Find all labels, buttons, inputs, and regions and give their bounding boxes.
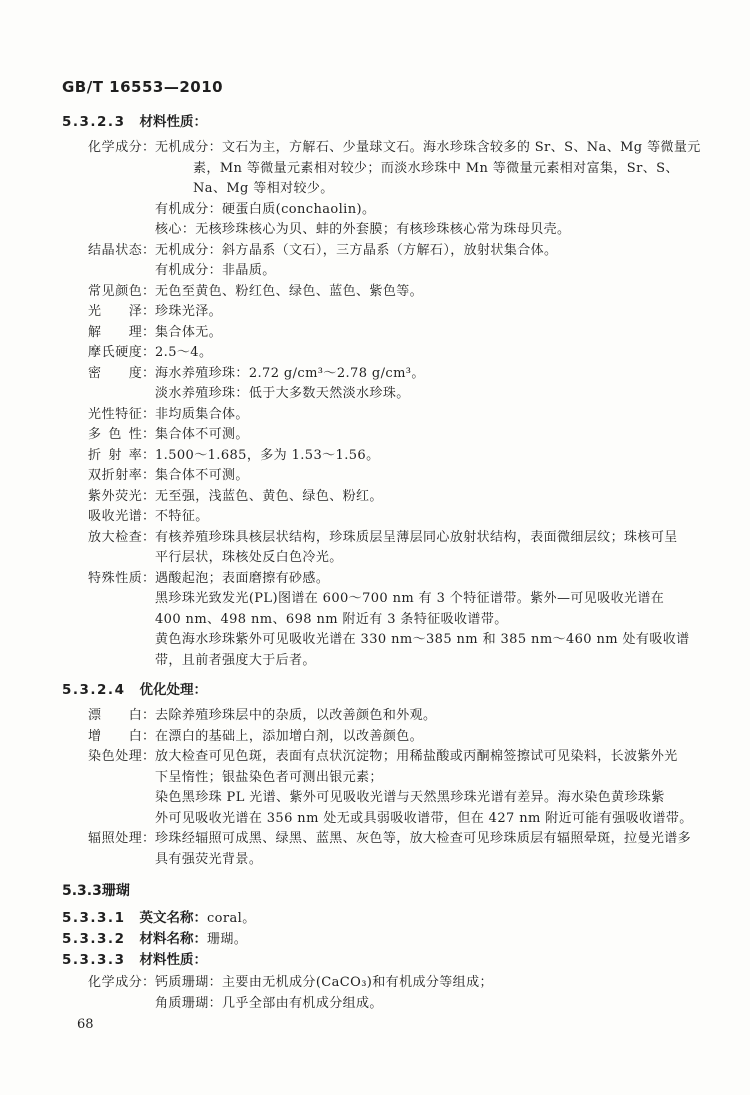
clause-number: 5.3.3.3 <box>62 952 125 968</box>
page-number: 68 <box>77 1015 694 1035</box>
property-colon: ： <box>142 466 155 487</box>
property-lines: 珍珠光泽。 <box>155 302 694 323</box>
clause-title: 优化处理： <box>139 682 207 698</box>
property-colon: ： <box>142 241 155 262</box>
clause-title: 英文名称： <box>139 910 207 926</box>
property-line: 放大检查可见色斑，表面有点状沉淀物；用稀盐酸或丙酮棉签擦试可见染料，长波紫外光 <box>155 747 694 768</box>
property-line: 淡水养殖珍珠：低于大多数天然淡水珍珠。 <box>155 384 694 405</box>
property-lines: 1.500～1.685，多为 1.53～1.56。 <box>155 446 694 467</box>
property-lines: 无至强，浅蓝色、黄色、绿色、粉红。 <box>155 487 694 508</box>
property-label: 折射率 <box>88 446 142 467</box>
property-colon: ： <box>142 364 155 385</box>
property-lines: 无色至黄色、粉红色、绿色、蓝色、紫色等。 <box>155 282 694 303</box>
property-label: 特殊性质 <box>88 569 142 590</box>
property-colon: ： <box>142 829 155 850</box>
clause-inline-text: coral。 <box>207 911 256 926</box>
clause-heading-5-3-2-4: 5.3.2.4优化处理： <box>62 680 694 701</box>
property-line: 去除养殖珍珠层中的杂质，以改善颜色和外观。 <box>155 706 694 727</box>
property-label: 化学成分 <box>88 973 142 994</box>
property-colon: ： <box>142 302 155 323</box>
property-row: 辐照处理：珍珠经辐照可成黑、绿黑、蓝黑、灰色等，放大检查可见珍珠质层有辐照晕斑，… <box>88 829 694 870</box>
clause-number: 5.3.3.2 <box>62 931 125 947</box>
property-label: 结晶状态 <box>88 241 142 262</box>
property-line: 角质珊瑚：几乎全部由有机成分组成。 <box>155 994 694 1015</box>
property-row: 多色性：集合体不可测。 <box>88 425 694 446</box>
property-lines: 不特征。 <box>155 507 694 528</box>
clause-number: 5.3.3.1 <box>62 910 125 926</box>
property-row: 双折射率：集合体不可测。 <box>88 466 694 487</box>
clause-heading-5-3-3-3: 5.3.3.3材料性质： <box>62 950 694 971</box>
property-colon: ： <box>142 487 155 508</box>
property-lines: 集合体不可测。 <box>155 425 694 446</box>
property-lines: 在漂白的基础上，添加增白剂，以改善颜色。 <box>155 727 694 748</box>
property-label: 多色性 <box>88 425 142 446</box>
property-line: 集合体无。 <box>155 323 694 344</box>
clause-heading-5-3-2-3: 5.3.2.3材料性质： <box>62 112 694 133</box>
property-colon: ： <box>142 569 155 590</box>
property-label: 摩氏硬度 <box>88 343 142 364</box>
property-line: 有机成分：硬蛋白质(conchaolin)。 <box>155 200 694 221</box>
property-colon: ： <box>142 343 155 364</box>
property-row: 漂白：去除养殖珍珠层中的杂质，以改善颜色和外观。 <box>88 706 694 727</box>
clause-title: 材料性质： <box>139 114 207 130</box>
property-colon: ： <box>142 282 155 303</box>
section-title: 珊瑚 <box>102 883 130 899</box>
property-row: 化学成分：钙质珊瑚：主要由无机成分(CaCO₃)和有机成分等组成；角质珊瑚：几乎… <box>88 973 694 1014</box>
property-line: 钙质珊瑚：主要由无机成分(CaCO₃)和有机成分等组成； <box>155 973 694 994</box>
property-label: 化学成分 <box>88 138 142 159</box>
clause-body-5-3-2-3: 化学成分：无机成分：文石为主，方解石、少量球文石。海水珍珠含较多的 Sr、S、N… <box>88 138 694 671</box>
property-colon: ： <box>142 405 155 426</box>
property-lines: 有核养殖珍珠具核层状结构，珍珠质层呈薄层同心放射状结构，表面微细层纹；珠核可呈平… <box>155 528 694 569</box>
property-label: 增白 <box>88 727 142 748</box>
property-lines: 珍珠经辐照可成黑、绿黑、蓝黑、灰色等，放大检查可见珍珠质层有辐照晕斑，拉曼光谱多… <box>155 829 694 870</box>
property-line: 无机成分：文石为主，方解石、少量球文石。海水珍珠含较多的 Sr、S、Na、Mg … <box>155 138 694 159</box>
property-colon: ： <box>142 446 155 467</box>
property-row: 摩氏硬度：2.5～4。 <box>88 343 694 364</box>
property-label: 解理 <box>88 323 142 344</box>
property-line: 染色黑珍珠 PL 光谱、紫外可见吸收光谱与天然黑珍珠光谱有差异。海水染色黄珍珠紫 <box>155 788 694 809</box>
property-row: 光泽：珍珠光泽。 <box>88 302 694 323</box>
clause-body-5-3-3-3: 化学成分：钙质珊瑚：主要由无机成分(CaCO₃)和有机成分等组成；角质珊瑚：几乎… <box>88 973 694 1014</box>
property-colon: ： <box>142 425 155 446</box>
property-lines: 2.5～4。 <box>155 343 694 364</box>
property-lines: 钙质珊瑚：主要由无机成分(CaCO₃)和有机成分等组成；角质珊瑚：几乎全部由有机… <box>155 973 694 1014</box>
property-row: 解理：集合体无。 <box>88 323 694 344</box>
property-lines: 海水养殖珍珠：2.72 g/cm³～2.78 g/cm³。淡水养殖珍珠：低于大多… <box>155 364 694 405</box>
property-colon: ： <box>142 747 155 768</box>
property-row: 密度：海水养殖珍珠：2.72 g/cm³～2.78 g/cm³。淡水养殖珍珠：低… <box>88 364 694 405</box>
property-lines: 非均质集合体。 <box>155 405 694 426</box>
standard-number-header: GB/T 16553—2010 <box>62 78 694 96</box>
property-lines: 无机成分：文石为主，方解石、少量球文石。海水珍珠含较多的 Sr、S、Na、Mg … <box>155 138 694 241</box>
property-line: 有核养殖珍珠具核层状结构，珍珠质层呈薄层同心放射状结构，表面微细层纹；珠核可呈 <box>155 528 694 549</box>
property-label: 光性特征 <box>88 405 142 426</box>
property-colon: ： <box>142 507 155 528</box>
property-label: 辐照处理 <box>88 829 142 850</box>
property-line: 无至强，浅蓝色、黄色、绿色、粉红。 <box>155 487 694 508</box>
property-label: 密度 <box>88 364 142 385</box>
property-label: 双折射率 <box>88 466 142 487</box>
property-line: 下呈惰性；银盐染色者可测出银元素； <box>155 768 694 789</box>
property-line: 黄色海水珍珠紫外可见吸收光谱在 330 nm～385 nm 和 385 nm～4… <box>155 630 694 651</box>
property-row: 放大检查：有核养殖珍珠具核层状结构，珍珠质层呈薄层同心放射状结构，表面微细层纹；… <box>88 528 694 569</box>
property-line: 集合体不可测。 <box>155 466 694 487</box>
property-label: 常见颜色 <box>88 282 142 303</box>
property-line: 遇酸起泡；表面磨擦有砂感。 <box>155 569 694 590</box>
property-colon: ： <box>142 706 155 727</box>
property-row: 特殊性质：遇酸起泡；表面磨擦有砂感。黑珍珠光致发光(PL)图谱在 600～700… <box>88 569 694 672</box>
property-row: 化学成分：无机成分：文石为主，方解石、少量球文石。海水珍珠含较多的 Sr、S、N… <box>88 138 694 241</box>
clause-heading-5-3-3-2: 5.3.3.2材料名称：珊瑚。 <box>62 929 694 950</box>
property-line: 非均质集合体。 <box>155 405 694 426</box>
property-lines: 集合体无。 <box>155 323 694 344</box>
clause-title: 材料性质： <box>139 952 207 968</box>
property-line: 无色至黄色、粉红色、绿色、蓝色、紫色等。 <box>155 282 694 303</box>
property-line: 平行层状，珠核处反白色冷光。 <box>155 548 694 569</box>
property-line: 海水养殖珍珠：2.72 g/cm³～2.78 g/cm³。 <box>155 364 694 385</box>
property-line: 400 nm、498 nm、698 nm 附近有 3 条特征吸收谱带。 <box>155 610 694 631</box>
property-label: 光泽 <box>88 302 142 323</box>
property-row: 常见颜色：无色至黄色、粉红色、绿色、蓝色、紫色等。 <box>88 282 694 303</box>
property-row: 染色处理：放大检查可见色斑，表面有点状沉淀物；用稀盐酸或丙酮棉签擦试可见染料，长… <box>88 747 694 829</box>
property-line: 1.500～1.685，多为 1.53～1.56。 <box>155 446 694 467</box>
property-label: 紫外荧光 <box>88 487 142 508</box>
clause-inline-text: 珊瑚。 <box>207 932 247 947</box>
property-line: 珍珠光泽。 <box>155 302 694 323</box>
property-lines: 去除养殖珍珠层中的杂质，以改善颜色和外观。 <box>155 706 694 727</box>
clause-number: 5.3.3 <box>62 883 102 899</box>
property-lines: 集合体不可测。 <box>155 466 694 487</box>
property-label: 染色处理 <box>88 747 142 768</box>
property-line: 核心：无核珍珠核心为贝、蚌的外套膜；有核珍珠核心常为珠母贝壳。 <box>155 220 694 241</box>
property-row: 吸收光谱：不特征。 <box>88 507 694 528</box>
clause-body-5-3-2-4: 漂白：去除养殖珍珠层中的杂质，以改善颜色和外观。增白：在漂白的基础上，添加增白剂… <box>88 706 694 870</box>
clause-title: 材料名称： <box>139 931 207 947</box>
property-line: 2.5～4。 <box>155 343 694 364</box>
property-line: 珍珠经辐照可成黑、绿黑、蓝黑、灰色等，放大检查可见珍珠质层有辐照晕斑，拉曼光谱多 <box>155 829 694 850</box>
property-lines: 放大检查可见色斑，表面有点状沉淀物；用稀盐酸或丙酮棉签擦试可见染料，长波紫外光下… <box>155 747 694 829</box>
property-line: 集合体不可测。 <box>155 425 694 446</box>
property-label: 吸收光谱 <box>88 507 142 528</box>
property-row: 光性特征：非均质集合体。 <box>88 405 694 426</box>
property-line: Na、Mg 等相对较少。 <box>155 179 694 200</box>
property-row: 结晶状态：无机成分：斜方晶系（文石），三方晶系（方解石），放射状集合体。有机成分… <box>88 241 694 282</box>
property-line: 在漂白的基础上，添加增白剂，以改善颜色。 <box>155 727 694 748</box>
clause-number: 5.3.2.4 <box>62 682 125 698</box>
property-row: 紫外荧光：无至强，浅蓝色、黄色、绿色、粉红。 <box>88 487 694 508</box>
clause-number: 5.3.2.3 <box>62 114 125 130</box>
property-line: 带，且前者强度大于后者。 <box>155 651 694 672</box>
section-heading-5-3-3: 5.3.3珊瑚 <box>62 880 694 902</box>
property-label: 漂白 <box>88 706 142 727</box>
property-colon: ： <box>142 973 155 994</box>
property-lines: 无机成分：斜方晶系（文石），三方晶系（方解石），放射状集合体。有机成分：非晶质。 <box>155 241 694 282</box>
property-line: 不特征。 <box>155 507 694 528</box>
property-colon: ： <box>142 138 155 159</box>
property-row: 折射率：1.500～1.685，多为 1.53～1.56。 <box>88 446 694 467</box>
property-line: 有机成分：非晶质。 <box>155 261 694 282</box>
property-colon: ： <box>142 528 155 549</box>
property-line: 具有强荧光背景。 <box>155 850 694 871</box>
clause-heading-5-3-3-1: 5.3.3.1英文名称：coral。 <box>62 908 694 929</box>
property-line: 素，Mn 等微量元素相对较少；而淡水珍珠中 Mn 等微量元素相对富集，Sr、S、 <box>155 159 694 180</box>
property-label: 放大检查 <box>88 528 142 549</box>
property-colon: ： <box>142 727 155 748</box>
property-colon: ： <box>142 323 155 344</box>
property-lines: 遇酸起泡；表面磨擦有砂感。黑珍珠光致发光(PL)图谱在 600～700 nm 有… <box>155 569 694 672</box>
document-page: GB/T 16553—2010 5.3.2.3材料性质： 化学成分：无机成分：文… <box>0 0 750 1095</box>
property-row: 增白：在漂白的基础上，添加增白剂，以改善颜色。 <box>88 727 694 748</box>
property-line: 无机成分：斜方晶系（文石），三方晶系（方解石），放射状集合体。 <box>155 241 694 262</box>
property-line: 外可见吸收光谱在 356 nm 处无或具弱吸收谱带，但在 427 nm 附近可能… <box>155 809 694 830</box>
property-line: 黑珍珠光致发光(PL)图谱在 600～700 nm 有 3 个特征谱带。紫外—可… <box>155 589 694 610</box>
